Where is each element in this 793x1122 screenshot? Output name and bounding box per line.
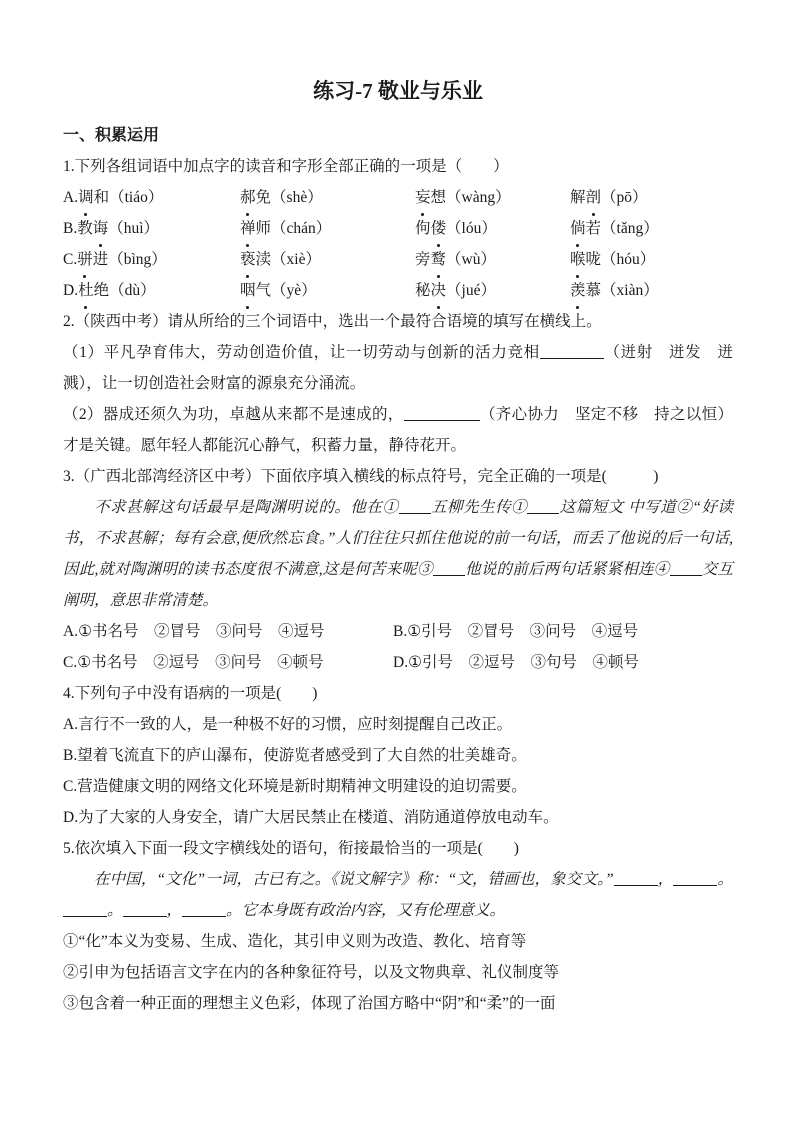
dotted-char: 骈 bbox=[77, 244, 93, 275]
word-item: C.骈进（bìng） bbox=[63, 244, 240, 275]
dotted-char: 妄 bbox=[415, 182, 431, 213]
document-body: 一、积累运用 1.下列各组词语中加点字的读音和字形全部正确的一项是（ ） A.调… bbox=[63, 120, 733, 1019]
blank-line bbox=[404, 418, 480, 421]
pinyin: （lóu） bbox=[446, 220, 497, 237]
q2-part1: （1）平凡孕育伟大，劳动创造价值，让一切劳动与创新的活力竞相（迸射 迸发 迸溅）… bbox=[63, 337, 733, 399]
blank-line bbox=[123, 914, 167, 917]
q4-option-d: D.为了大家的人身安全，请广大居民禁止在楼道、消防通道停放电动车。 bbox=[63, 802, 733, 833]
q5-item-2: ②引申为包括语言文字在内的各种象征符号，以及文物典章、礼仪制度等 bbox=[63, 957, 733, 988]
pinyin: （shè） bbox=[271, 189, 323, 206]
q3-option-d: D.①引号 ②逗号 ③句号 ④顿号 bbox=[393, 647, 733, 678]
word-item: 妄想（wàng） bbox=[415, 182, 570, 213]
word-item: D.杜绝（dù） bbox=[63, 275, 240, 306]
word-item: B.教诲（huì） bbox=[63, 213, 240, 244]
dotted-char: 倘 bbox=[570, 213, 586, 244]
pinyin: （chán） bbox=[271, 220, 331, 237]
blank-line bbox=[673, 883, 717, 886]
pinyin: （wù） bbox=[446, 251, 496, 268]
q3-options: A.①书名号 ②冒号 ③问号 ④逗号 B.①引号 ②冒号 ③问号 ④逗号 C.①… bbox=[63, 616, 733, 678]
word-item: 喉咙（hóu） bbox=[570, 244, 733, 275]
word-item: 解剖（pō） bbox=[570, 182, 733, 213]
q1-stem: 1.下列各组词语中加点字的读音和字形全部正确的一项是（ ） bbox=[63, 151, 733, 182]
pinyin: （xiàn） bbox=[601, 282, 659, 299]
dotted-char: 鹜 bbox=[431, 244, 447, 275]
blank-line bbox=[670, 573, 702, 576]
pinyin: （dù） bbox=[109, 282, 156, 299]
section-heading: 一、积累运用 bbox=[63, 120, 733, 151]
q3-option-c: C.①书名号 ②逗号 ③问号 ④顿号 bbox=[63, 647, 393, 678]
pinyin: （huì） bbox=[108, 220, 159, 237]
word-item: 禅师（chán） bbox=[240, 213, 415, 244]
dotted-char: 调 bbox=[78, 182, 94, 213]
q1-option-row-d: D.杜绝（dù） 咽气（yè） 秘决（jué） 羡慕（xiàn） bbox=[63, 275, 733, 306]
dotted-char: 羡 bbox=[570, 275, 586, 306]
word-item: 咽气（yè） bbox=[240, 275, 415, 306]
q3-option-a: A.①书名号 ②冒号 ③问号 ④逗号 bbox=[63, 616, 393, 647]
word-item: 秘决（jué） bbox=[415, 275, 570, 306]
dotted-char: 禅 bbox=[240, 213, 256, 244]
q2-part2: （2）器成还须久为功，卓越从来都不是速成的，（齐心协力 坚定不移 持之以恒）才是… bbox=[63, 399, 733, 461]
pinyin: （wàng） bbox=[446, 189, 511, 206]
pinyin: （hóu） bbox=[601, 251, 655, 268]
q3-stem: 3.（广西北部湾经济区中考）下面依序填入横线的标点符号，完全正确的一项是( ) bbox=[63, 461, 733, 492]
q4-stem: 4.下列句子中没有语病的一项是( ) bbox=[63, 678, 733, 709]
dotted-char: 剖 bbox=[586, 182, 602, 213]
q1-option-row-c: C.骈进（bìng） 亵渎（xiè） 旁鹜（wù） 喉咙（hóu） bbox=[63, 244, 733, 275]
blank-line bbox=[614, 883, 658, 886]
blank-line bbox=[182, 914, 226, 917]
pinyin: （tiáo） bbox=[109, 189, 163, 206]
pinyin: （pō） bbox=[601, 189, 648, 206]
word-item: A.调和（tiáo） bbox=[63, 182, 240, 213]
word-item: 羡慕（xiàn） bbox=[570, 275, 733, 306]
dotted-char: 偻 bbox=[431, 213, 447, 244]
word-item: 旁鹜（wù） bbox=[415, 244, 570, 275]
pinyin: （bìng） bbox=[108, 251, 167, 268]
dotted-char: 咽 bbox=[240, 275, 256, 306]
q1-option-row-b: B.教诲（huì） 禅师（chán） 佝偻（lóu） 倘若（tǎng） bbox=[63, 213, 733, 244]
word-item: 郝免（shè） bbox=[240, 182, 415, 213]
blank-line bbox=[433, 573, 465, 576]
dotted-char: 决 bbox=[431, 275, 447, 306]
blank-line bbox=[63, 914, 107, 917]
q4-option-b: B.望着飞流直下的庐山瀑布，使游览者感受到了大自然的壮美雄奇。 bbox=[63, 740, 733, 771]
blank-line bbox=[527, 511, 559, 514]
q1-option-row-a: A.调和（tiáo） 郝免（shè） 妄想（wàng） 解剖（pō） bbox=[63, 182, 733, 213]
q4-option-c: C.营造健康文明的网络文化环境是新时期精神文明建设的迫切需要。 bbox=[63, 771, 733, 802]
blank-line bbox=[540, 356, 604, 359]
q5-item-1: ①“化”本义为变易、生成、造化，其引申义则为改造、教化、培育等 bbox=[63, 926, 733, 957]
q5-stem: 5.依次填入下面一段文字横线处的语句，衔接最恰当的一项是( ) bbox=[63, 833, 733, 864]
q4-option-a: A.言行不一致的人，是一种极不好的习惯，应时刻提醒自己改正。 bbox=[63, 709, 733, 740]
q2-stem: 2.（陕西中考）请从所给的三个词语中，选出一个最符合语境的填写在横线上。 bbox=[63, 306, 733, 337]
pinyin: （yè） bbox=[271, 282, 317, 299]
q3-passage: 不求甚解这句话最早是陶渊明说的。他在①五柳先生传①这篇短文 中写道②“好读书，不… bbox=[63, 492, 733, 616]
worksheet-page: 练习-7 敬业与乐业 一、积累运用 1.下列各组词语中加点字的读音和字形全部正确… bbox=[0, 0, 793, 1019]
q5-item-3: ③包含着一种正面的理想主义色彩，体现了治国方略中“阴”和“柔”的一面 bbox=[63, 988, 733, 1019]
q5-passage: 在中国，“文化”一词，古已有之。《说文解字》称：“文，错画也，象交文。”，。。，… bbox=[63, 864, 733, 926]
page-title: 练习-7 敬业与乐业 bbox=[63, 76, 733, 106]
dotted-char: 杜 bbox=[78, 275, 94, 306]
dotted-char: 亵 bbox=[240, 244, 256, 275]
word-item: 亵渎（xiè） bbox=[240, 244, 415, 275]
dotted-char: 喉 bbox=[570, 244, 586, 275]
q3-option-b: B.①引号 ②冒号 ③问号 ④逗号 bbox=[393, 616, 733, 647]
dotted-char: 郝 bbox=[240, 182, 256, 213]
pinyin: （xiè） bbox=[271, 251, 321, 268]
pinyin: （tǎng） bbox=[601, 220, 659, 237]
blank-line bbox=[399, 511, 431, 514]
word-item: 佝偻（lóu） bbox=[415, 213, 570, 244]
word-item: 倘若（tǎng） bbox=[570, 213, 733, 244]
pinyin: （jué） bbox=[446, 282, 496, 299]
dotted-char: 诲 bbox=[93, 213, 109, 244]
